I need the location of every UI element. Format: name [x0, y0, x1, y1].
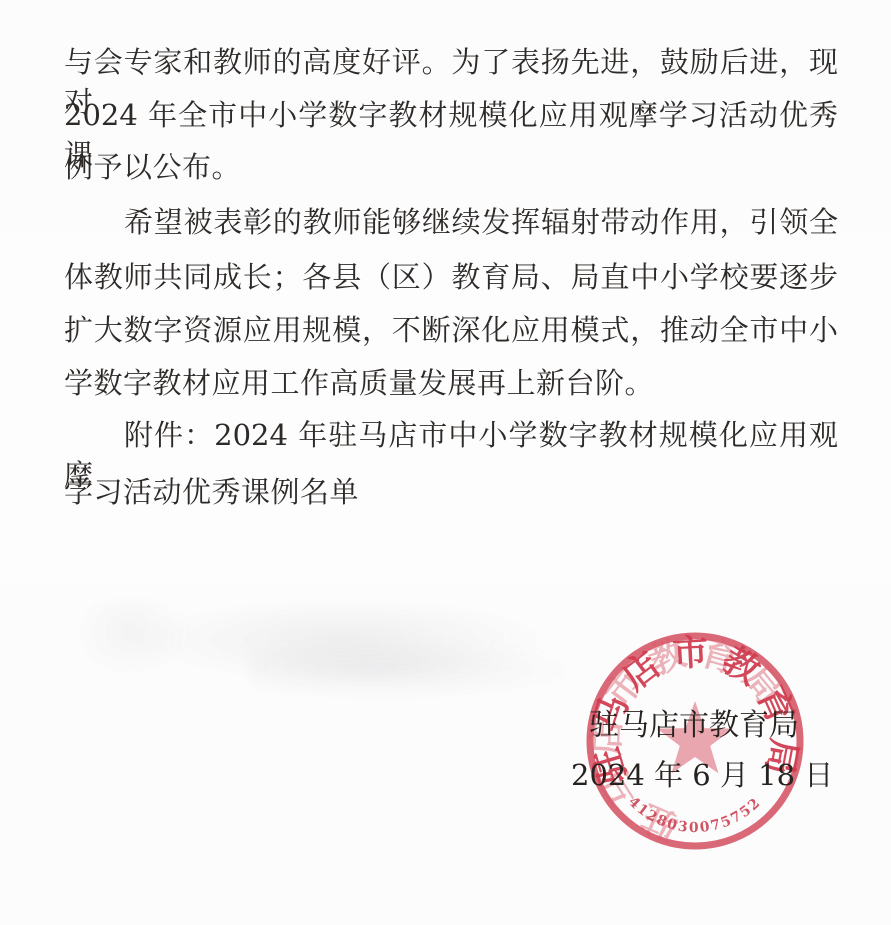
- scanned-document-page: 与会专家和教师的高度好评。为了表扬先进，鼓励后进，现对 2024 年全市中小学数…: [0, 0, 891, 925]
- body-text-line: 希望被表彰的教师能够继续发挥辐射带动作用，引领全: [64, 202, 838, 242]
- signature-date: 2024 年 6 月 18 日: [571, 753, 833, 794]
- bleed-through-smudge: [250, 640, 580, 700]
- body-text-line: 学数字教材应用工作高质量发展再上新台阶。: [64, 363, 838, 403]
- bleed-through-smudge: [130, 595, 560, 685]
- attachment-line: 学习活动优秀课例名单: [64, 472, 838, 512]
- body-text-line: 体教师共同成长；各县（区）教育局、局直中小学校要逐步: [64, 257, 838, 297]
- bleed-through-smudge: [70, 600, 190, 680]
- signature-agency: 驻马店市教育局: [589, 700, 799, 744]
- body-text-line: 例予以公布。: [64, 147, 838, 187]
- body-text-line: 扩大数字资源应用规模，不断深化应用模式，推动全市中小: [64, 310, 838, 350]
